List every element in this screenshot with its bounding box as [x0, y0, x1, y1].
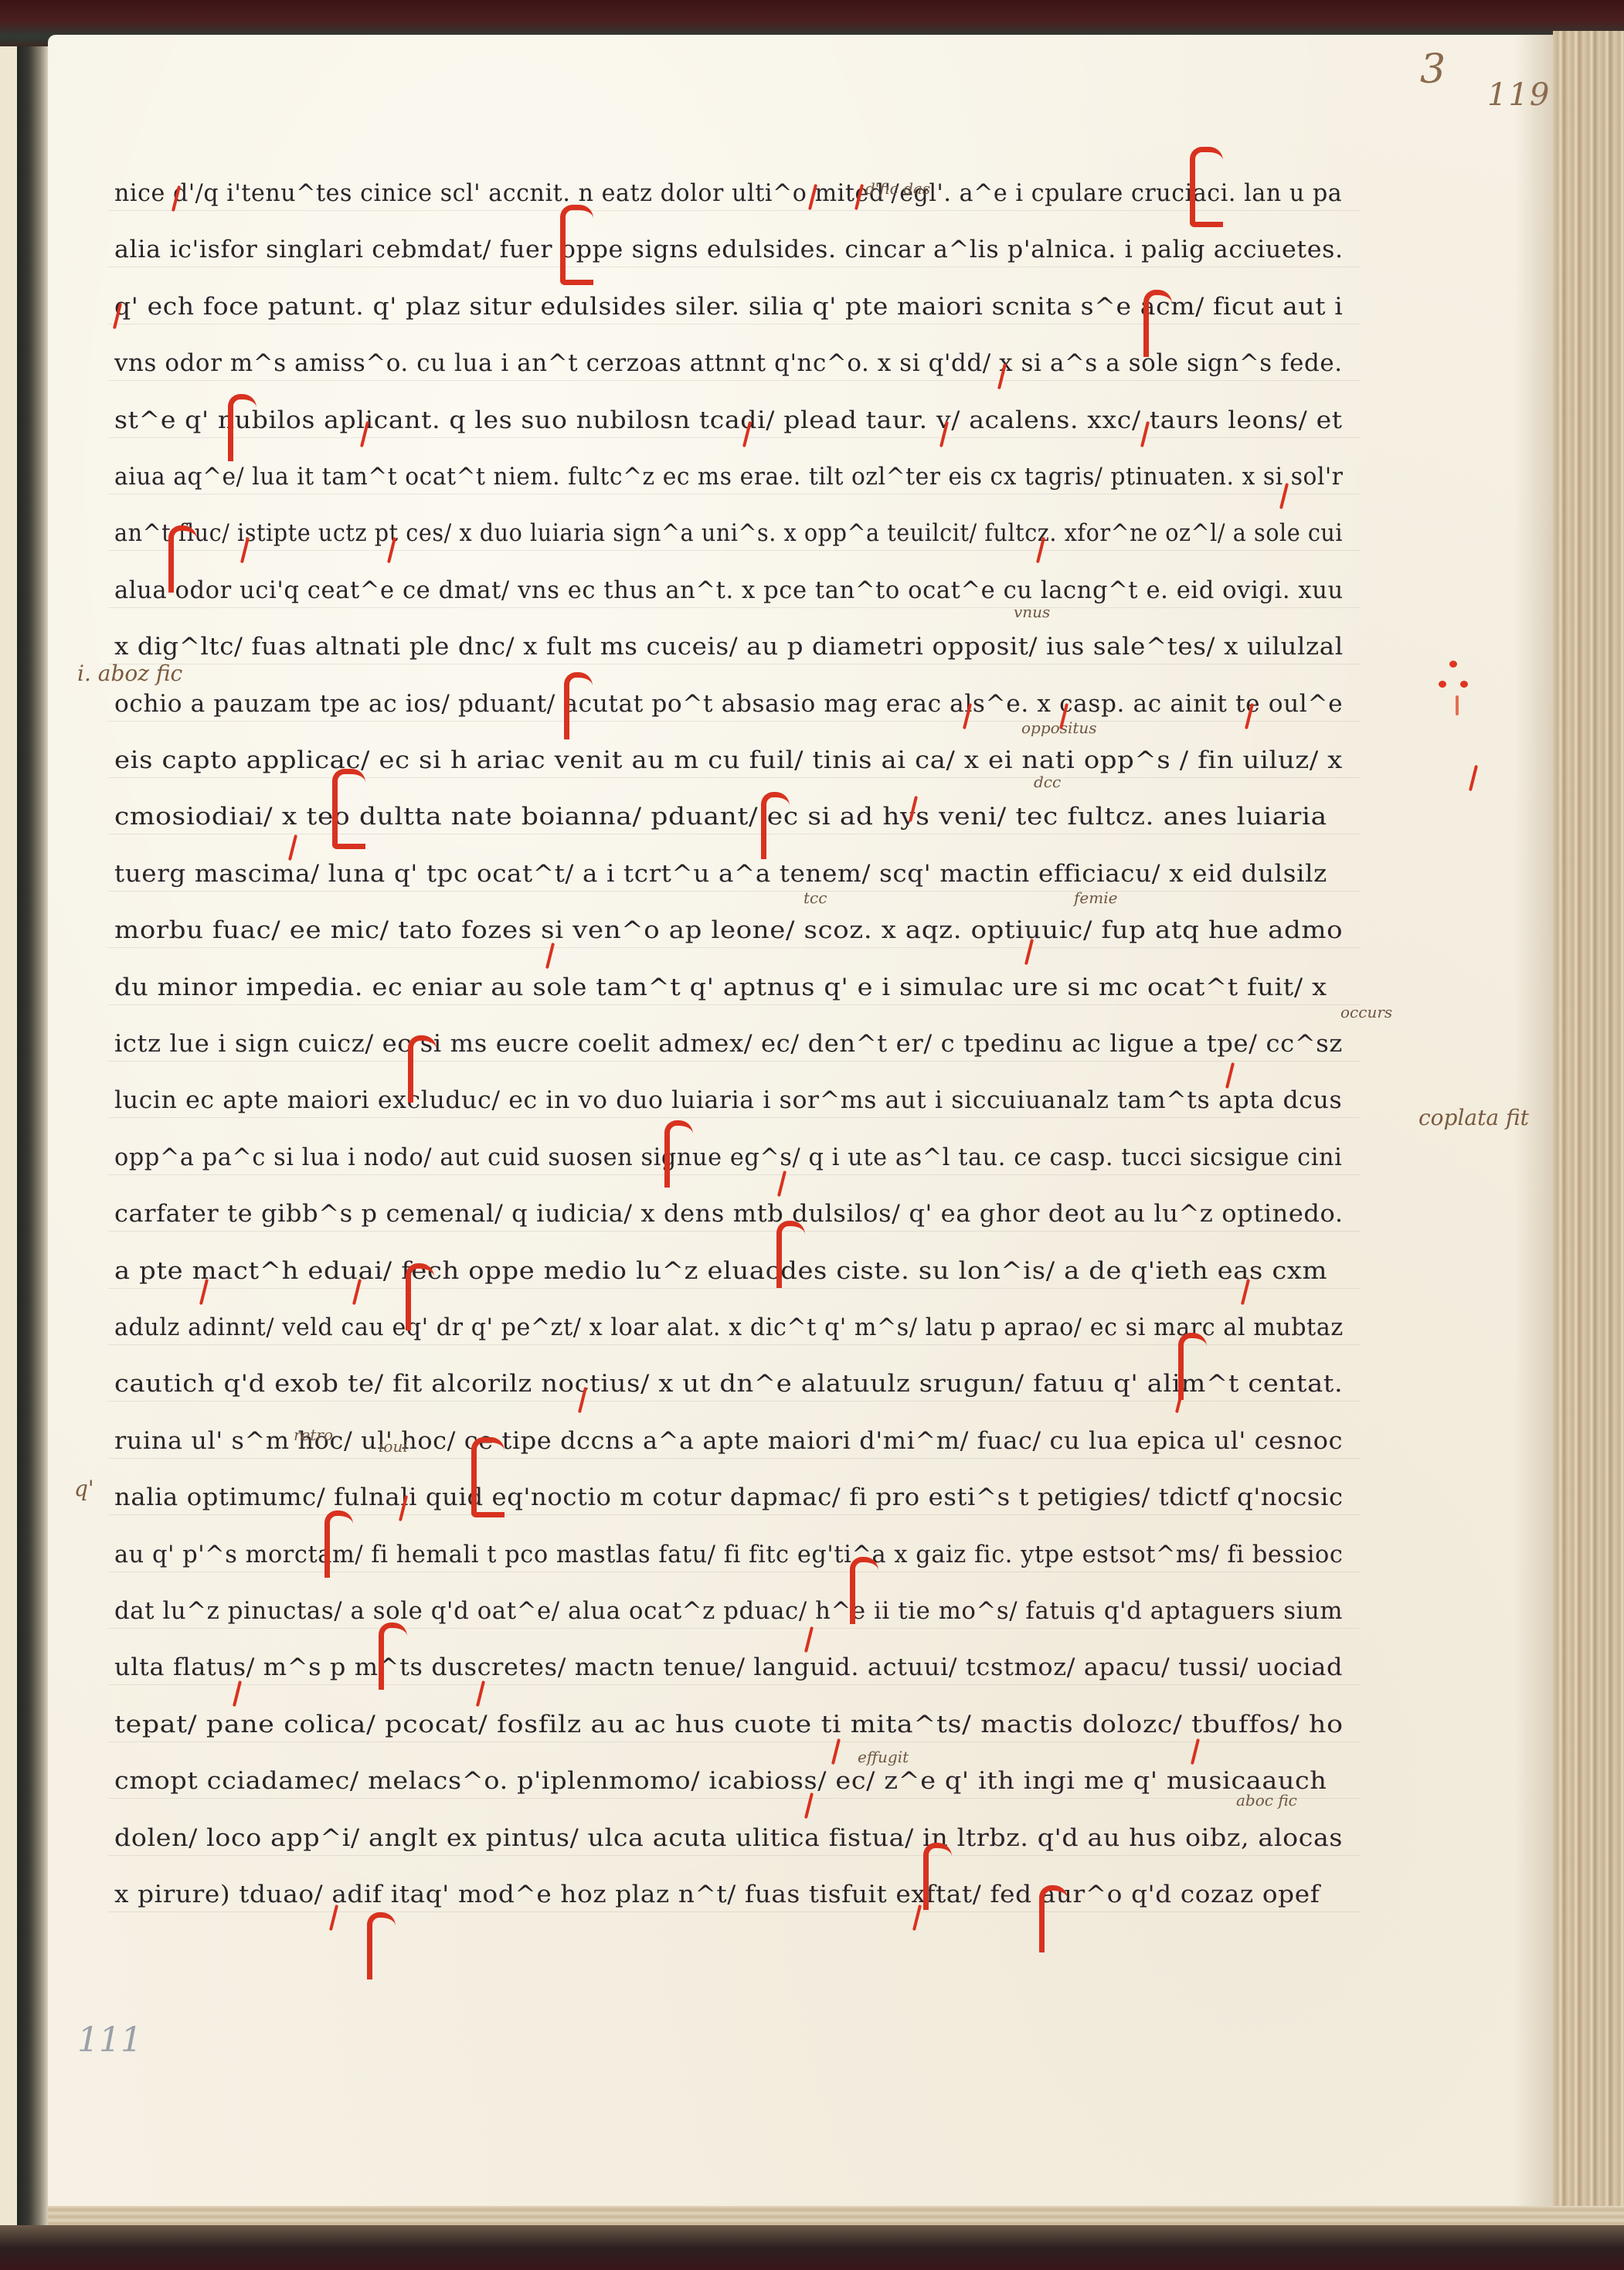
- text-line: lucin ec apte maiori excluduc/ ec in vo …: [114, 1086, 1342, 1114]
- rubric-paragraph-mark-icon: [560, 205, 593, 285]
- text-line-content: x pirure) tduao/ adif itaq' mod^e hoz pl…: [114, 1881, 1320, 1908]
- text-line-content: morbu fuac/ ee mic/ tato fozes si ven^o …: [114, 916, 1343, 944]
- text-line: nalia optimumc/ fulnali quid eq'noctio m…: [114, 1483, 1344, 1511]
- text-line: cmosiodiai/ x teo dultta nate boianna/ p…: [114, 803, 1327, 831]
- ruling-line: [108, 1288, 1360, 1289]
- rubric-paragraph-mark-icon: [1039, 1885, 1068, 1952]
- text-line: opp^a pa^c si lua i nodo/ aut cuid suose…: [114, 1143, 1342, 1171]
- rubric-paragraph-mark-icon: [761, 792, 790, 859]
- text-line: dat lu^z pinuctas/ a sole q'd oat^e/ alu…: [114, 1597, 1343, 1625]
- interlinear-gloss: effugit: [858, 1748, 909, 1766]
- ruling-line: [108, 1911, 1360, 1912]
- text-line: dolen/ loco app^i/ anglt ex pintus/ ulca…: [114, 1824, 1343, 1852]
- ruling-line: [108, 494, 1360, 494]
- text-line: ochio a pauzam tpe ac ios/ pduant/ acuta…: [114, 690, 1343, 718]
- text-line: ictz lue i sign cuicz/ ec si ms eucre co…: [114, 1030, 1343, 1058]
- text-line: st^e q' nubilos aplicant. q les suo nubi…: [114, 406, 1343, 434]
- rubric-paragraph-mark-icon: [664, 1120, 693, 1188]
- ruling-line: [108, 664, 1360, 664]
- ruling-line: [108, 1572, 1360, 1572]
- rubric-paragraph-mark-icon: [776, 1221, 805, 1288]
- text-line-content: eis capto applicac/ ec si h ariac venit …: [114, 746, 1343, 774]
- ruling-line: [108, 607, 1360, 608]
- ruling-line: [108, 1684, 1360, 1685]
- text-line-content: adulz adinnt/ veld cau eq' dr q' pe^zt/ …: [114, 1313, 1344, 1341]
- text-line-content: an^t fluc/ istipte uctz pt ces/ x duo lu…: [114, 519, 1343, 547]
- text-line-content: du minor impedia. ec eniar au sole tam^t…: [114, 974, 1327, 1001]
- text-line-content: opp^a pa^c si lua i nodo/ aut cuid suose…: [114, 1143, 1342, 1171]
- text-line: tepat/ pane colica/ pcocat/ fosfilz au a…: [114, 1711, 1344, 1738]
- ruling-line: [108, 1174, 1360, 1175]
- text-line: aiua aq^e/ lua it tam^t ocat^t niem. ful…: [114, 463, 1344, 491]
- text-line-content: tuerg mascima/ luna q' tpc ocat^t/ a i t…: [114, 860, 1327, 888]
- ruling-line: [108, 1742, 1360, 1742]
- ruling-line: [108, 1004, 1360, 1005]
- ruling-line: [108, 437, 1360, 438]
- ruling-line: [108, 1628, 1360, 1629]
- interlinear-gloss: ioui: [379, 1437, 408, 1456]
- text-line: tuerg mascima/ luna q' tpc ocat^t/ a i t…: [114, 860, 1327, 888]
- text-line: an^t fluc/ istipte uctz pt ces/ x duo lu…: [114, 519, 1343, 547]
- ruling-line: [108, 380, 1360, 381]
- ruling-line: [108, 1061, 1360, 1062]
- text-line-content: cmopt cciadamec/ melacs^o. p'iplenmomo/ …: [114, 1767, 1327, 1795]
- rubric-paragraph-mark-icon: [923, 1843, 952, 1910]
- text-line-content: st^e q' nubilos aplicant. q les suo nubi…: [114, 406, 1343, 434]
- rubric-paragraph-mark-icon: [324, 1511, 353, 1578]
- text-line-content: alia ic'isfor singlari cebmdat/ fuer opp…: [114, 236, 1344, 263]
- interlinear-gloss: femie: [1074, 889, 1117, 907]
- text-line: a pte mact^h eduai/ fech oppe medio lu^z…: [114, 1257, 1327, 1285]
- text-line-content: tepat/ pane colica/ pcocat/ fosfilz au a…: [114, 1711, 1344, 1738]
- text-line-content: nalia optimumc/ fulnali quid eq'noctio m…: [114, 1483, 1344, 1511]
- text-line: alua odor uci'q ceat^e ce dmat/ vns ec t…: [114, 576, 1344, 604]
- book-cover-bottom: [0, 2225, 1624, 2270]
- ruling-line: [108, 777, 1360, 778]
- ruling-line: [108, 1344, 1360, 1345]
- rubric-paragraph-mark-icon: [367, 1912, 396, 1979]
- text-line: nice d'/q i'tenu^tes cinice scl' accnit.…: [114, 179, 1342, 207]
- ruling-line: [108, 947, 1360, 948]
- text-line-content: nice d'/q i'tenu^tes cinice scl' accnit.…: [114, 179, 1342, 207]
- text-line-content: carfater te gibb^s p cemenal/ q iudicia/…: [114, 1200, 1344, 1228]
- ruling-line: [108, 210, 1360, 211]
- rubric-paragraph-mark-icon: [850, 1557, 878, 1624]
- text-line-content: ulta flatus/ m^s p m^ts duscretes/ mactn…: [114, 1653, 1343, 1681]
- quire-mark: 3: [1420, 46, 1446, 93]
- ruling-line: [108, 267, 1360, 267]
- rubric-paragraph-mark-icon: [1190, 147, 1223, 227]
- interlinear-gloss: dcc: [1034, 773, 1061, 791]
- interlinear-gloss: tcc: [804, 889, 827, 907]
- text-line-content: alua odor uci'q ceat^e ce dmat/ vns ec t…: [114, 576, 1344, 604]
- text-line: cmopt cciadamec/ melacs^o. p'iplenmomo/ …: [114, 1767, 1327, 1795]
- text-line-content: au q' p'^s morctam/ fi hemali t pco mast…: [114, 1541, 1343, 1568]
- margin-note-left-2: q': [74, 1476, 94, 1501]
- rubric-paragraph-mark-icon: [332, 769, 365, 849]
- text-line-content: ictz lue i sign cuicz/ ec si ms eucre co…: [114, 1030, 1343, 1058]
- ruling-line: [108, 1798, 1360, 1799]
- pencil-foliation: 111: [77, 2020, 142, 2060]
- folio-number: 119: [1487, 77, 1551, 113]
- text-line: alia ic'isfor singlari cebmdat/ fuer opp…: [114, 236, 1344, 263]
- text-line-content: lucin ec apte maiori excluduc/ ec in vo …: [114, 1086, 1342, 1114]
- text-line-content: ochio a pauzam tpe ac ios/ pduant/ acuta…: [114, 690, 1343, 718]
- rubric-dot-sign-icon: [1437, 661, 1468, 715]
- page-stack-edges: [1553, 31, 1624, 2241]
- ruling-line: [108, 1401, 1360, 1402]
- ruling-line: [108, 1458, 1360, 1459]
- rubric-paragraph-mark-icon: [471, 1437, 505, 1517]
- rubric-paragraph-mark-icon: [564, 672, 593, 739]
- text-line: x dig^ltc/ fuas altnati ple dnc/ x fult …: [114, 633, 1344, 661]
- rubric-paragraph-mark-icon: [408, 1035, 437, 1103]
- rubric-paragraph-mark-icon: [406, 1263, 434, 1330]
- margin-note-left: i. aboz fic: [77, 661, 182, 686]
- ruling-line: [108, 1231, 1360, 1232]
- text-line-content: a pte mact^h eduai/ fech oppe medio lu^z…: [114, 1257, 1327, 1285]
- text-line: x pirure) tduao/ adif itaq' mod^e hoz pl…: [114, 1881, 1320, 1908]
- text-line: ulta flatus/ m^s p m^ts duscretes/ mactn…: [114, 1653, 1343, 1681]
- text-line-content: cautich q'd exob te/ fit alcorilz noctiu…: [114, 1370, 1343, 1398]
- ruling-line: [108, 1855, 1360, 1856]
- margin-note-right: coplata fit: [1418, 1105, 1529, 1130]
- rubric-paragraph-mark-icon: [379, 1623, 407, 1690]
- binding-gutter: [17, 46, 48, 2241]
- ruling-line: [108, 1514, 1360, 1515]
- previous-leaf-edge: [0, 46, 17, 2241]
- text-line: au q' p'^s morctam/ fi hemali t pco mast…: [114, 1541, 1343, 1568]
- text-line: adulz adinnt/ veld cau eq' dr q' pe^zt/ …: [114, 1313, 1344, 1341]
- interlinear-gloss: d'fic das: [865, 179, 930, 198]
- text-line-content: cmosiodiai/ x teo dultta nate boianna/ p…: [114, 803, 1327, 831]
- ruling-line: [108, 550, 1360, 551]
- ruling-line: [108, 324, 1360, 325]
- interlinear-gloss: aboc fic: [1236, 1791, 1297, 1810]
- interlinear-gloss: vnus: [1014, 603, 1050, 621]
- text-line: carfater te gibb^s p cemenal/ q iudicia/…: [114, 1200, 1344, 1228]
- text-line-content: x dig^ltc/ fuas altnati ple dnc/ x fult …: [114, 633, 1344, 661]
- rubric-paragraph-mark-icon: [1143, 290, 1172, 357]
- text-line: du minor impedia. ec eniar au sole tam^t…: [114, 974, 1327, 1001]
- text-line: morbu fuac/ ee mic/ tato fozes si ven^o …: [114, 916, 1343, 944]
- text-line: cautich q'd exob te/ fit alcorilz noctiu…: [114, 1370, 1343, 1398]
- rubric-paragraph-mark-icon: [168, 525, 197, 593]
- text-line-content: aiua aq^e/ lua it tam^t ocat^t niem. ful…: [114, 463, 1344, 491]
- text-line: eis capto applicac/ ec si h ariac venit …: [114, 746, 1343, 774]
- ruling-line: [108, 891, 1360, 892]
- interlinear-gloss: occurs: [1340, 1003, 1392, 1021]
- rubric-paragraph-mark-icon: [228, 394, 257, 461]
- ruling-line: [108, 721, 1360, 722]
- interlinear-gloss: retro: [294, 1426, 333, 1444]
- text-line-content: dolen/ loco app^i/ anglt ex pintus/ ulca…: [114, 1824, 1343, 1852]
- ruling-line: [108, 1117, 1360, 1118]
- text-line-content: dat lu^z pinuctas/ a sole q'd oat^e/ alu…: [114, 1597, 1343, 1625]
